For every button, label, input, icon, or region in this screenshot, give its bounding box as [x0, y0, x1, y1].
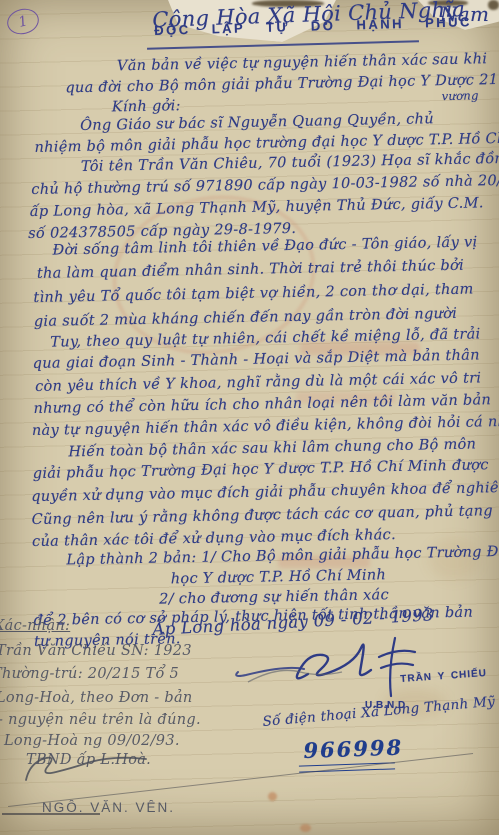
margin-note: Long-Hoà, theo Đơn - bản	[0, 690, 193, 706]
scanned-handwritten-document: 1 Cộng Hòa Xã Hội Chủ Nghĩa Nam ĐỘC LẬP …	[0, 0, 499, 835]
verifier-name: NGÔ. VĂN. VÊN.	[42, 800, 175, 815]
margin-note: Long-Hoà ng 09/02/93.	[4, 733, 180, 749]
handwritten-line: giải phẫu học Trường Đại học Y dược T.P.…	[33, 457, 489, 482]
handwritten-line: gia suốt 2 mùa kháng chiến đến nay gần t…	[34, 306, 458, 330]
handwritten-line: học Y dược T.P. Hồ Chí Minh	[171, 567, 387, 587]
handwritten-line: qua giai đoạn Sinh - Thành - Hoại và sắp…	[33, 347, 480, 372]
handwritten-line: Tuy, theo quy luật tự nhiên, cái chết kề…	[50, 326, 481, 350]
salutation-line: Kính gởi:	[112, 98, 181, 115]
verifier-signature-ink	[20, 752, 155, 792]
margin-note: - nguyện nêu trên là đúng.	[0, 712, 201, 728]
handwritten-line: này tự nguyện hiến thân xác vô điều kiện…	[32, 413, 499, 439]
handwritten-line: tha làm quan điểm nhân sinh. Thời trai t…	[37, 258, 464, 282]
margin-note-heading: Xác-nhận:	[0, 618, 70, 634]
handwritten-line: tình yêu Tổ quốc tôi tạm biệt vợ hiền, 2…	[33, 282, 474, 306]
phone-number: 966998	[303, 735, 403, 763]
margin-note: Thường-trú: 20/215 Tổ 5	[0, 666, 179, 682]
handwritten-line: chủ hộ thường trú số 971890 cấp ngày 10-…	[31, 172, 499, 198]
handwritten-line: Tôi tên Trần Văn Chiêu, 70 tuổi (1923) H…	[81, 151, 499, 175]
handwritten-line: qua đời cho Bộ môn giải phẫu Trường Đại …	[65, 70, 499, 96]
margin-note: Trần Văn Chiếu SN: 1923	[0, 643, 192, 659]
handwritten-line: Văn bản về việc tự nguyện hiến thân xác …	[117, 51, 488, 74]
handwritten-line: nhưng có thể còn hữu ích cho nhân loại n…	[33, 392, 491, 417]
handwritten-line: 2/ cho đương sự hiến thân xác	[159, 587, 389, 607]
handwritten-line: quyền xử dụng vào mục đích giải phẫu chu…	[31, 479, 499, 505]
handwritten-line: vương	[441, 88, 478, 103]
handwritten-line: Cũng nên lưu ý rằng không được tách các …	[32, 503, 494, 528]
handwritten-line: còn yêu thích về Y khoa, nghĩ rằng dù là…	[35, 370, 481, 395]
signature-ink	[232, 632, 442, 702]
handwritten-line: ấp Long hòa, xã Long Thạnh Mỹ, huyện Thủ…	[30, 195, 484, 220]
handwritten-line: Hiến toàn bộ thân xác sau khi lâm chung …	[68, 436, 476, 460]
